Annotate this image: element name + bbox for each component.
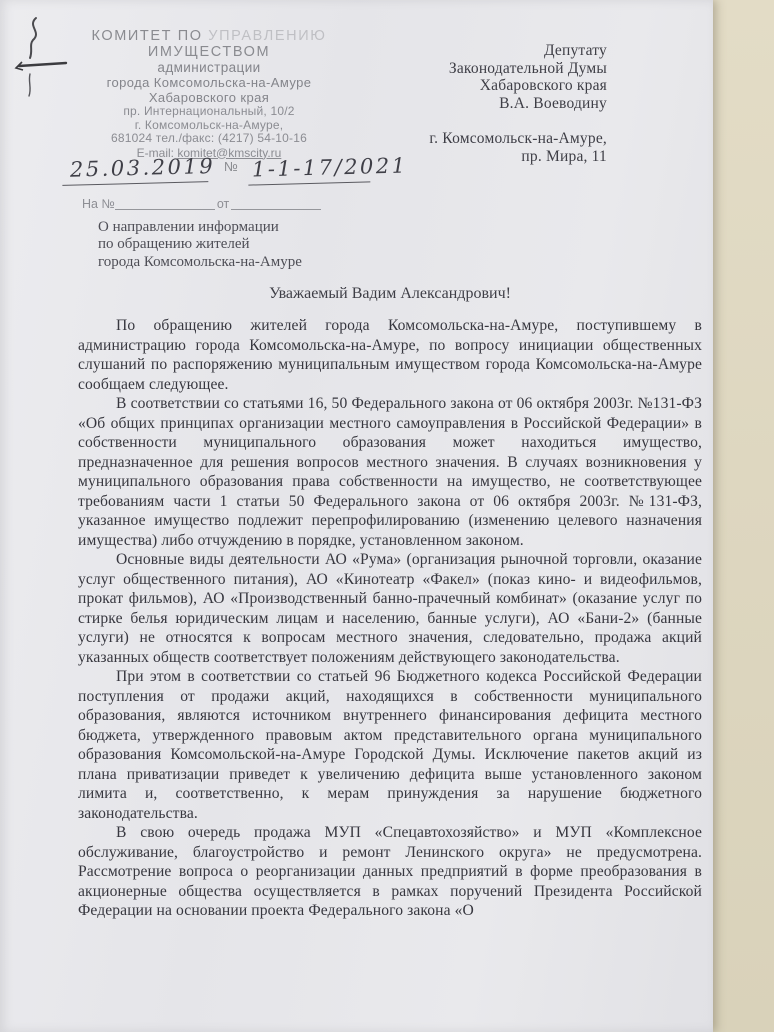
recipient-address-line: пр. Мира, 11 [429, 148, 607, 166]
recipient-line: Законодательной Думы [429, 60, 607, 78]
recipient-line: Депутату [429, 42, 607, 60]
letterhead-contact-line: 681024 тел./факс: (4217) 54-10-16 [40, 132, 378, 146]
handwritten-date: 25.03.2019 [62, 154, 209, 186]
blank-rule [231, 197, 321, 210]
recipient-block: ДепутатуЗаконодательной ДумыХабаровского… [429, 42, 607, 166]
number-sign: № [224, 159, 238, 174]
subject-block: О направлении информациипо обращению жит… [98, 219, 302, 271]
recipient-address-line: г. Комсомольск-на-Амуре, [429, 130, 607, 148]
letter-paper: КОМИТЕТ ПО УПРАВЛЕНИЮ ИМУЩЕСТВОМ админис… [0, 0, 713, 1032]
reply-reference-row: На №от [82, 197, 321, 211]
reply-from-label: от [217, 197, 229, 211]
sender-letterhead: КОМИТЕТ ПО УПРАВЛЕНИЮ ИМУЩЕСТВОМ админис… [40, 28, 378, 160]
letterhead-contact-line: пр. Интернациональный, 10/2 [40, 105, 378, 119]
paragraph: Основные виды деятельности АО «Рума» (ор… [78, 550, 702, 667]
paragraph: По обращению жителей города Комсомольска… [78, 316, 702, 394]
reply-label: На № [82, 197, 115, 211]
subject-line: города Комсомольска-на-Амуре [98, 254, 302, 271]
letterhead-org-line: Хабаровского края [40, 90, 378, 105]
salutation: Уважаемый Вадим Александрович! [78, 285, 702, 303]
letterhead-org-line: города Комсомольска-на-Амуре [40, 75, 378, 90]
letterhead-contact-line: г. Комсомольск-на-Амуре, [40, 119, 378, 133]
letterhead-contact-lines: пр. Интернациональный, 10/2г. Комсомольс… [40, 105, 378, 146]
paragraph: При этом в соответствии со статьей 96 Бю… [78, 667, 702, 823]
recipient-line: Хабаровского края [429, 77, 607, 95]
scanned-letter-page: { "letterhead": { "title_line1_lead": "К… [0, 0, 774, 1032]
letterhead-title-line2: ИМУЩЕСТВОМ [40, 44, 378, 60]
letterhead-org-lines: администрациигорода Комсомольска-на-Амур… [40, 60, 378, 105]
recipient-address: г. Комсомольск-на-Амуре,пр. Мира, 11 [429, 130, 607, 165]
letterhead-title-tail: УПРАВЛЕНИЮ [208, 28, 326, 44]
letterhead-title-line1: КОМИТЕТ ПО УПРАВЛЕНИЮ [40, 28, 378, 44]
paragraph: В свою очередь продажа МУП «Спецавтохозя… [78, 823, 702, 921]
blank-rule [115, 197, 215, 210]
handwritten-number: 1-1-17/2021 [248, 154, 371, 185]
reference-row: 25.03.2019№1-1-17/2021 [62, 156, 370, 184]
paragraph: В соответствии со статьями 16, 50 Федера… [78, 394, 702, 550]
recipient-lines: ДепутатуЗаконодательной ДумыХабаровского… [429, 42, 607, 112]
letterhead-title-lead: КОМИТЕТ ПО [91, 28, 202, 44]
recipient-line: В.А. Воеводину [429, 95, 607, 113]
subject-line: О направлении информации [98, 219, 302, 236]
letterhead-org-line: администрации [40, 60, 378, 75]
letter-body: По обращению жителей города Комсомольска… [78, 316, 702, 921]
subject-line: по обращению жителей [98, 236, 302, 253]
